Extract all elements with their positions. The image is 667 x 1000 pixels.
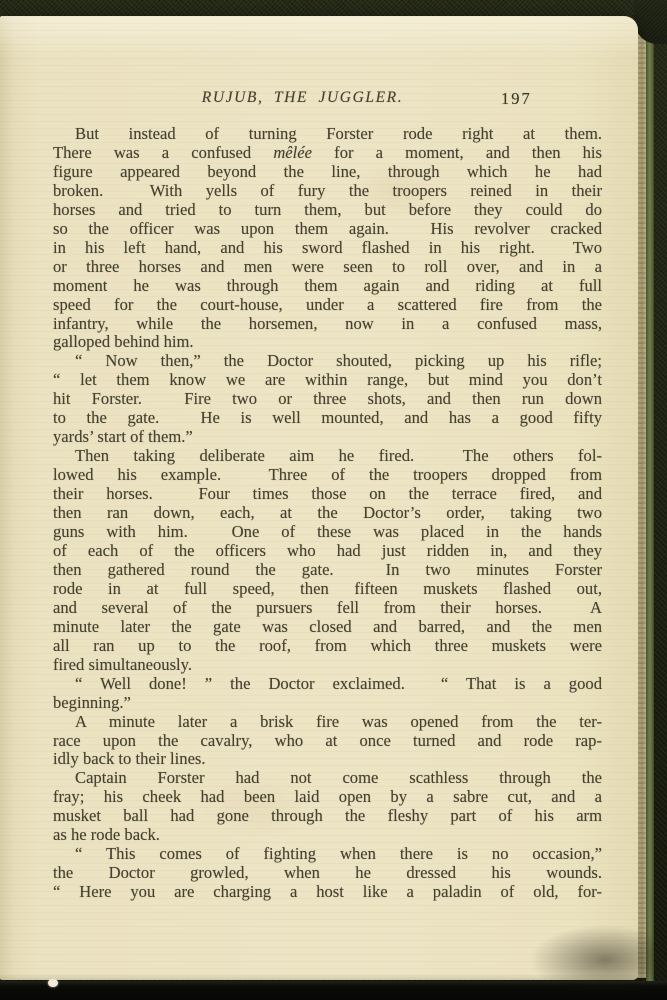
text-line: race upon the cavalry, who at once turne… bbox=[53, 732, 602, 751]
text-line: “ Here you are charging a host like a pa… bbox=[53, 883, 602, 902]
text-line: to the gate. He is well mounted, and has… bbox=[53, 409, 602, 428]
text-line: There was a confused mêlée for a moment,… bbox=[53, 144, 602, 163]
text-line: idly back to their lines. bbox=[53, 750, 602, 769]
text-line: musket ball had gone through the fleshy … bbox=[53, 807, 602, 826]
text-line: beginning.” bbox=[53, 694, 602, 713]
text-line: and several of the pursuers fell from th… bbox=[53, 599, 602, 618]
book-page: RUJUB, THE JUGGLER. 197 But instead of t… bbox=[0, 16, 638, 980]
text-line: of each of the officers who had just rid… bbox=[53, 542, 602, 561]
text-line: But instead of turning Forster rode righ… bbox=[53, 125, 602, 144]
text-line: yards’ start of them.” bbox=[53, 428, 602, 447]
text-line: fray; his cheek had been laid open by a … bbox=[53, 788, 602, 807]
page-number: 197 bbox=[501, 89, 547, 109]
page-text: But instead of turning Forster rode righ… bbox=[53, 125, 602, 902]
text-line: Captain Forster had not come scathless t… bbox=[53, 769, 602, 788]
paragraph: “ Well done! ” the Doctor exclaimed. “ T… bbox=[53, 675, 602, 713]
text-line: lowed his example. Three of the troopers… bbox=[53, 466, 602, 485]
paragraph: Then taking deliberate aim he fired. The… bbox=[53, 447, 602, 674]
text-line: broken. With yells of fury the troopers … bbox=[53, 182, 602, 201]
text-line: galloped behind him. bbox=[53, 333, 602, 352]
text-line: the Doctor growled, when he dressed his … bbox=[53, 864, 602, 883]
text-line: moment he was through them again and rid… bbox=[53, 277, 602, 296]
text-line: “ This comes of fighting when there is n… bbox=[53, 845, 602, 864]
text-line: or three horses and men were seen to rol… bbox=[53, 258, 602, 277]
bottom-right-shadow bbox=[530, 925, 667, 995]
text-line: hit Forster. Fire two or three shots, an… bbox=[53, 390, 602, 409]
paper-speck bbox=[48, 979, 58, 987]
paragraph: Captain Forster had not come scathless t… bbox=[53, 769, 602, 845]
text-line: A minute later a brisk fire was opened f… bbox=[53, 713, 602, 732]
text-line: “ Well done! ” the Doctor exclaimed. “ T… bbox=[53, 675, 602, 694]
text-line: so the officer was upon them again. His … bbox=[53, 220, 602, 239]
text-line: figure appeared beyond the line, through… bbox=[53, 163, 602, 182]
paragraph: A minute later a brisk fire was opened f… bbox=[53, 713, 602, 770]
text-line: rode in at full speed, then fifteen musk… bbox=[53, 580, 602, 599]
paragraph: “ Now then,” the Doctor shouted, picking… bbox=[53, 352, 602, 447]
text-line: all ran up to the roof, from which three… bbox=[53, 637, 602, 656]
text-line: their horses. Four times those on the te… bbox=[53, 485, 602, 504]
text-line: fired simultaneously. bbox=[53, 656, 602, 675]
text-line: speed for the court-house, under a scatt… bbox=[53, 296, 602, 315]
text-line: “ let them know we are within range, but… bbox=[53, 371, 602, 390]
text-line: as he rode back. bbox=[53, 826, 602, 845]
paragraph: But instead of turning Forster rode righ… bbox=[53, 125, 602, 352]
text-line: horses and tried to turn them, but befor… bbox=[53, 201, 602, 220]
text-line: in his left hand, and his sword flashed … bbox=[53, 239, 602, 258]
paragraph: “ This comes of fighting when there is n… bbox=[53, 845, 602, 902]
text-line: then ran down, each, at the Doctor’s ord… bbox=[53, 504, 602, 523]
text-line: Then taking deliberate aim he fired. The… bbox=[53, 447, 602, 466]
text-line: “ Now then,” the Doctor shouted, picking… bbox=[53, 352, 602, 371]
running-head: RUJUB, THE JUGGLER. bbox=[150, 89, 455, 107]
text-line: minute later the gate was closed and bar… bbox=[53, 618, 602, 637]
text-line: then gathered round the gate. In two min… bbox=[53, 561, 602, 580]
book-cover-edge bbox=[646, 16, 654, 982]
text-line: guns with him. One of these was placed i… bbox=[53, 523, 602, 542]
text-line: infantry, while the horsemen, now in a c… bbox=[53, 315, 602, 334]
